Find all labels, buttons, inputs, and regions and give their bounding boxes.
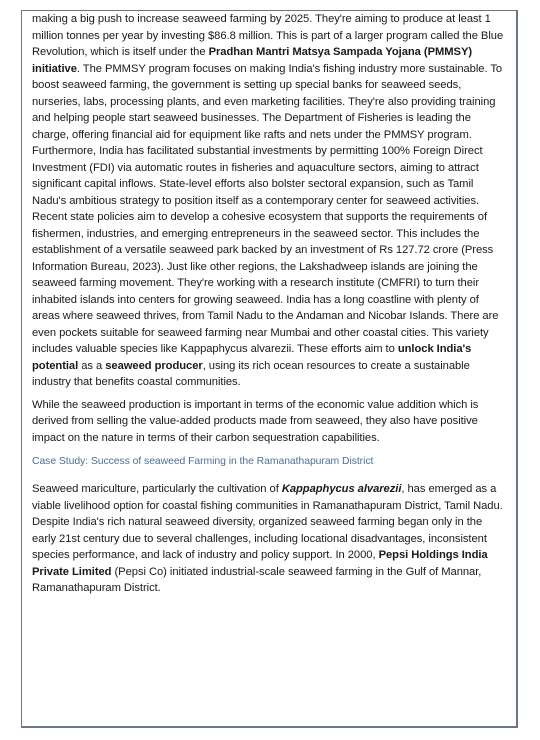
text-segment: While the seaweed production is importan… — [32, 399, 478, 444]
text-segment: as a — [78, 360, 105, 372]
bold-italic-species-name: Kappaphycus alvarezii — [282, 483, 402, 495]
paragraph-seaweed-policy: making a big push to increase seaweed fa… — [32, 11, 504, 391]
text-segment: . The PMMSY program focuses on making In… — [32, 63, 502, 356]
paragraph-carbon-sequestration: While the seaweed production is importan… — [32, 397, 504, 447]
paragraph-case-study: Seaweed mariculture, particularly the cu… — [32, 481, 504, 597]
bold-text-seaweed-producer: seaweed producer — [105, 360, 202, 372]
document-body: making a big push to increase seaweed fa… — [32, 11, 504, 597]
text-segment: Seaweed mariculture, particularly the cu… — [32, 483, 282, 495]
case-study-heading: Case Study: Success of seaweed Farming i… — [32, 454, 504, 470]
